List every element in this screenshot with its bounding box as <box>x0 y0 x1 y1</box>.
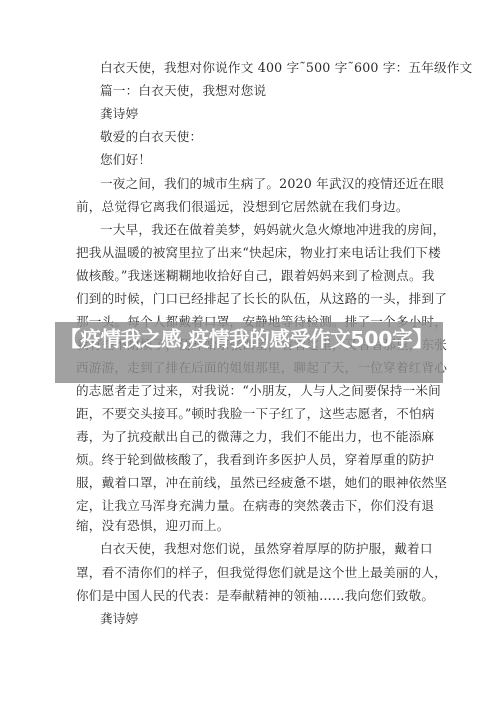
doc-title-line: 白衣天使，我想对你说作文 400 字˜500 字˜600 字：五年级作文 <box>100 56 436 79</box>
greeting: 您们好！ <box>100 148 436 171</box>
paragraph-line: 毒，为了抗疫献出自己的微薄之力，我们不能出力，也不能添麻 <box>76 425 436 448</box>
paragraph-line: 距，不要交头接耳。”顿时我脸一下子红了，这些志愿者，不怕病 <box>76 402 436 425</box>
paragraph-line: 把我从温暖的被窝里拉了出来“快起床，物业打来电话让我们下楼 <box>76 241 436 264</box>
paragraph-line: 服，戴着口罩，冲在前线，虽然已经疲惫不堪，她们的眼神依然坚 <box>76 471 436 494</box>
paragraph-line: 你们是中国人民的代表：是奉献精神的领袖……我向您们致敬。 <box>76 584 436 607</box>
author-name: 龚诗婷 <box>100 102 436 125</box>
paragraph-line: 烦。终于轮到做核酸了，我看到许多医护人员，穿着厚重的防护 <box>76 448 436 471</box>
paragraph-line: 一夜之间，我们的城市生病了。2020 年武汉的疫情还近在眼 <box>100 172 436 195</box>
paragraph-line: 白衣天使，我想对您们说，虽然穿着厚厚的防护服，戴着口 <box>100 537 436 560</box>
paragraph-line: 缩，没有恐惧，迎刃而上。 <box>76 514 436 537</box>
section-heading: 篇一：白衣天使，我想对您说 <box>100 79 436 102</box>
salutation: 敬爱的白衣天使： <box>100 125 436 148</box>
paragraph-line: 们到的时候，门口已经排起了长长的队伍，从这路的一头，排到了 <box>76 287 436 310</box>
overlay-title: 【疫情我之感,疫情我的感受作文500字】 <box>60 326 440 352</box>
paragraph-line: 一大早，我还在做着美梦，妈妈就火急火燎地冲进我的房间， <box>100 218 436 241</box>
paragraph-line: 罩，看不清你们的样子，但我觉得您们就是这个世上最美丽的人， <box>76 561 436 584</box>
signature: 龚诗婷 <box>100 607 436 630</box>
paragraph-line: 做核酸。”我迷迷糊糊地收拾好自己，跟着妈妈来到了检测点。我 <box>76 264 436 287</box>
paragraph-line: 前，总觉得它离我们很遥远，没想到它居然就在我们身边。 <box>76 195 436 218</box>
